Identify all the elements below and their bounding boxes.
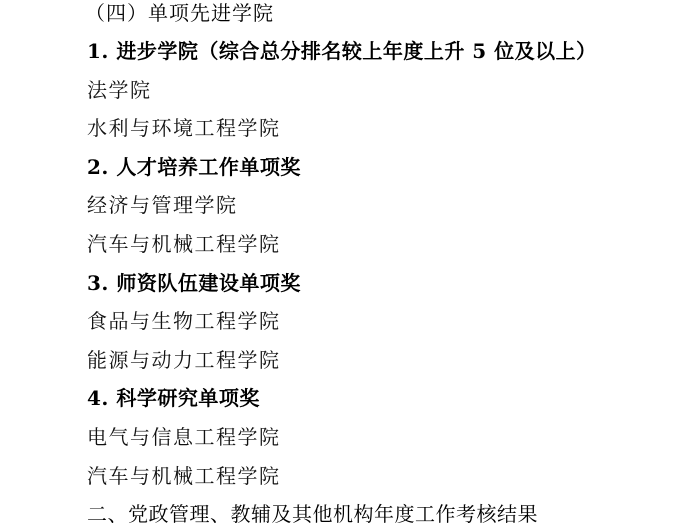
- section-heading: 二、党政管理、教辅及其他机构年度工作考核结果: [87, 501, 538, 527]
- group-heading-faculty: 3. 师资队伍建设单项奖: [87, 270, 301, 296]
- list-item: 水利与环境工程学院: [87, 115, 281, 141]
- list-item: 汽车与机械工程学院: [87, 231, 281, 257]
- list-item: 汽车与机械工程学院: [87, 463, 281, 489]
- subsection-heading: （四）单项先进学院: [85, 0, 274, 26]
- group-heading-talent-training: 2. 人才培养工作单项奖: [87, 154, 301, 180]
- list-item: 电气与信息工程学院: [87, 424, 281, 450]
- list-item: 经济与管理学院: [87, 192, 238, 218]
- group-heading-research: 4. 科学研究单项奖: [87, 385, 260, 411]
- list-item: 法学院: [87, 77, 152, 103]
- list-item: 食品与生物工程学院: [87, 308, 281, 334]
- group-heading-progress: 1. 进步学院（综合总分排名较上年度上升 5 位及以上）: [87, 38, 597, 64]
- list-item: 能源与动力工程学院: [87, 347, 281, 373]
